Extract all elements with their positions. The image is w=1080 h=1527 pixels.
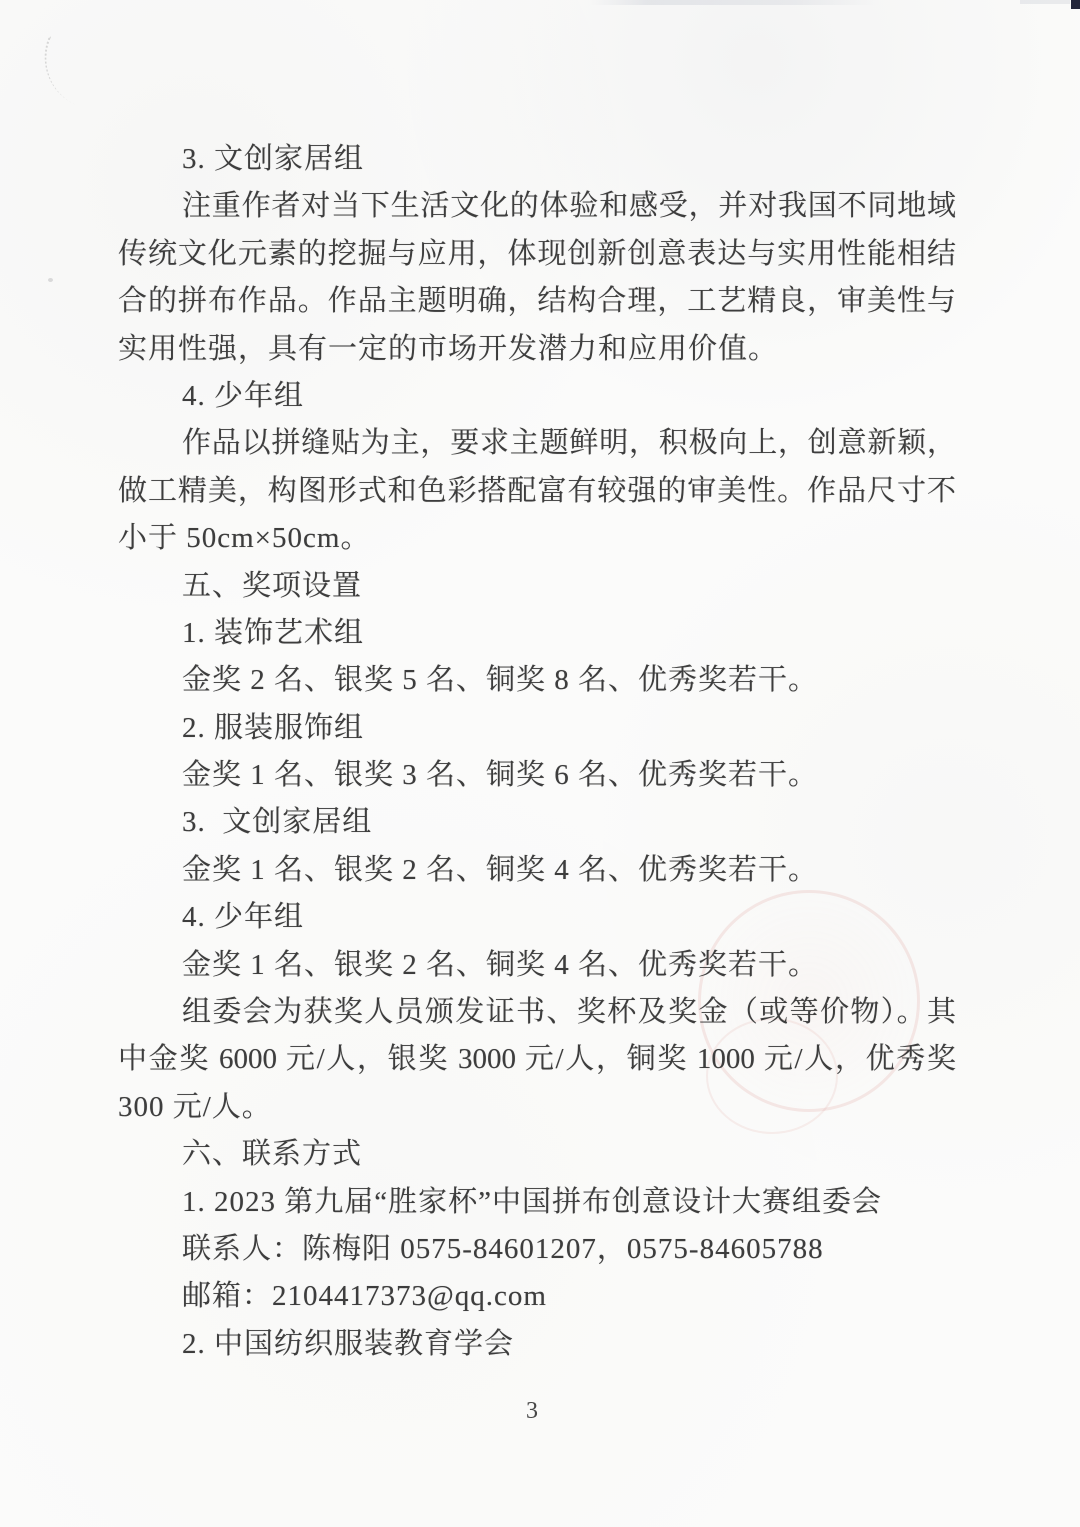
text-line: 3. 文创家居组 xyxy=(118,136,956,183)
text-line: 作品以拼缝贴为主，要求主题鲜明，积极向上，创意新颖， xyxy=(118,420,956,467)
text-line: 中金奖 6000 元/人，银奖 3000 元/人，铜奖 1000 元/人，优秀奖 xyxy=(118,1036,956,1083)
text-line: 2. 服装服饰组 xyxy=(118,705,956,752)
text-line: 五、奖项设置 xyxy=(118,563,956,610)
text-line: 注重作者对当下生活文化的体验和感受，并对我国不同地域 xyxy=(118,183,956,230)
text-line: 300 元/人。 xyxy=(118,1084,956,1131)
text-line: 4. 少年组 xyxy=(118,894,956,941)
scan-artifact-top-smudge-right xyxy=(1020,0,1070,4)
text-line: 3. 文创家居组 xyxy=(118,799,956,846)
text-line: 1. 装饰艺术组 xyxy=(118,610,956,657)
text-line: 传统文化元素的挖掘与应用，体现创新创意表达与实用性能相结 xyxy=(118,231,956,278)
text-line: 金奖 2 名、银奖 5 名、铜奖 8 名、优秀奖若干。 xyxy=(118,657,956,704)
scan-artifact-top-smudge xyxy=(590,0,880,5)
text-line: 组委会为获奖人员颁发证书、奖杯及奖金（或等价物）。其 xyxy=(118,989,956,1036)
text-line: 邮箱：2104417373@qq.com xyxy=(118,1273,956,1320)
text-line: 合的拼布作品。作品主题明确，结构合理，工艺精良，审美性与 xyxy=(118,278,956,325)
page-number: 3 xyxy=(0,1396,1064,1426)
scan-artifact-corner-mark xyxy=(1071,0,1080,9)
text-line: 六、联系方式 xyxy=(118,1131,956,1178)
text-line: 小于 50cm×50cm。 xyxy=(118,515,956,562)
text-line: 联系人：陈梅阳 0575-84601207，0575-84605788 xyxy=(118,1226,956,1273)
text-line: 实用性强，具有一定的市场开发潜力和应用价值。 xyxy=(118,326,956,373)
document-page: 3. 文创家居组注重作者对当下生活文化的体验和感受，并对我国不同地域传统文化元素… xyxy=(0,0,1080,1527)
text-line: 1. 2023 第九届“胜家杯”中国拼布创意设计大赛组委会 xyxy=(118,1179,956,1226)
text-line: 4. 少年组 xyxy=(118,373,956,420)
document-body: 3. 文创家居组注重作者对当下生活文化的体验和感受，并对我国不同地域传统文化元素… xyxy=(118,136,956,1368)
text-line: 金奖 1 名、银奖 2 名、铜奖 4 名、优秀奖若干。 xyxy=(118,942,956,989)
scan-artifact-speck xyxy=(48,278,53,282)
text-line: 做工精美，构图形式和色彩搭配富有较强的审美性。作品尺寸不 xyxy=(118,468,956,515)
scan-artifact-scratch xyxy=(28,36,104,108)
text-line: 金奖 1 名、银奖 3 名、铜奖 6 名、优秀奖若干。 xyxy=(118,752,956,799)
text-line: 2. 中国纺织服装教育学会 xyxy=(118,1321,956,1368)
text-line: 金奖 1 名、银奖 2 名、铜奖 4 名、优秀奖若干。 xyxy=(118,847,956,894)
